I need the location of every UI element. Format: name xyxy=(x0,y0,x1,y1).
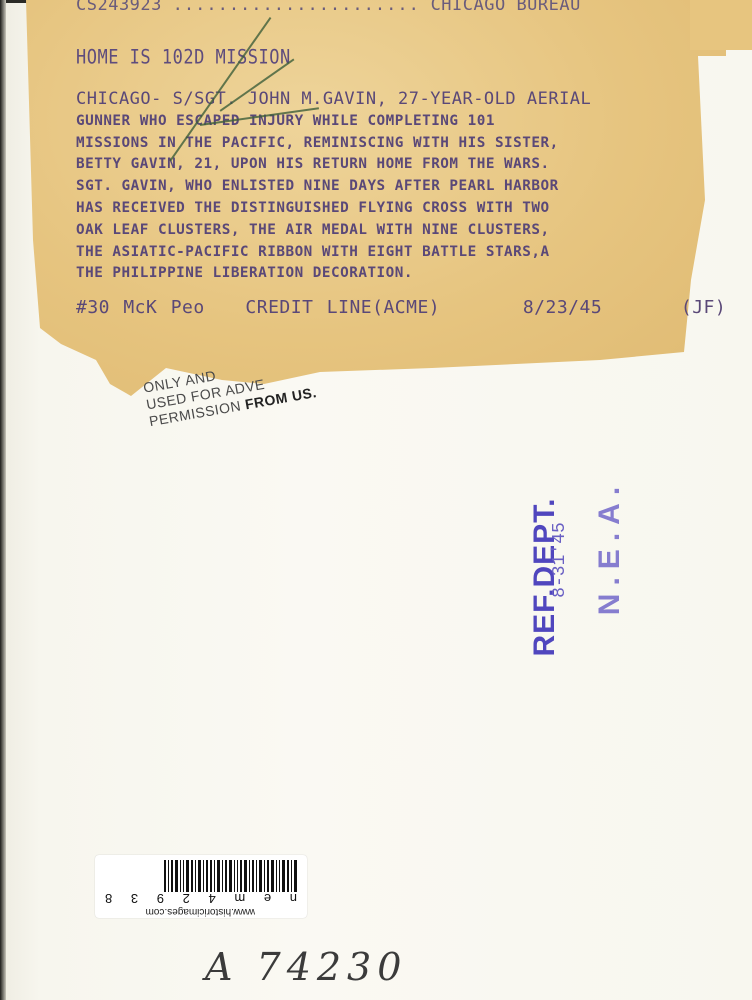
body-line: HAS RECEIVED THE DISTINGUISHED FLYING CR… xyxy=(76,198,591,220)
barcode-icon xyxy=(107,860,297,892)
nea-stamp: N.E.A. xyxy=(593,467,627,627)
barcode-chars: n e m 4 2 9 3 8 xyxy=(105,891,297,906)
barcode-char: e xyxy=(264,891,271,906)
credit-line: CREDIT LINE(ACME) xyxy=(245,297,440,318)
barcode-char: 3 xyxy=(131,891,138,906)
body-line: THE PHILIPPINE LIBERATION DECORATION. xyxy=(76,263,591,285)
barcode-char: 4 xyxy=(209,891,216,906)
caption-slip-corner xyxy=(690,0,752,50)
barcode-label: www.historicimages.com n e m 4 2 9 3 8 xyxy=(95,855,307,918)
barcode-char: n xyxy=(290,891,297,906)
barcode-char: 8 xyxy=(105,891,112,906)
barcode-char: 2 xyxy=(183,891,190,906)
credit-number: #30 McK Peo xyxy=(76,297,205,318)
barcode-char: 9 xyxy=(157,891,164,906)
slip-header-dots: ...................... xyxy=(173,0,420,15)
body-line: MISSIONS IN THE PACIFIC, REMINISCING WIT… xyxy=(76,133,591,155)
slip-bureau: CHICAGO BUREAU xyxy=(431,0,581,15)
slip-header: CS243923 ...................... CHICAGO … xyxy=(76,0,581,15)
credit-initials: (JF) xyxy=(681,297,726,318)
ref-stamp-date: 8-31'45 xyxy=(550,490,570,630)
body-line: BETTY GAVIN, 21, UPON HIS RETURN HOME FR… xyxy=(76,154,591,176)
handwritten-archive-number: A 74230 xyxy=(205,945,407,989)
slip-body: CHICAGO- S/SGT. JOHN M.GAVIN, 27-YEAR-OL… xyxy=(76,89,591,285)
barcode-url: www.historicimages.com xyxy=(146,906,255,917)
barcode-char: m xyxy=(234,891,245,906)
body-line: CHICAGO- S/SGT. JOHN M.GAVIN, 27-YEAR-OL… xyxy=(76,89,591,111)
credit-date: 8/23/45 xyxy=(523,297,602,318)
slip-headline: HOME IS 102D MISSION xyxy=(76,46,291,69)
body-line: THE ASIATIC-PACIFIC RIBBON WITH EIGHT BA… xyxy=(76,242,591,264)
slip-id: CS243923 xyxy=(76,0,162,15)
body-line: OAK LEAF CLUSTERS, THE AIR MEDAL WITH NI… xyxy=(76,220,591,242)
body-line: GUNNER WHO ESCAPED INJURY WHILE COMPLETI… xyxy=(76,111,591,133)
scan-left-edge xyxy=(0,0,6,1000)
body-line: SGT. GAVIN, WHO ENLISTED NINE DAYS AFTER… xyxy=(76,176,591,198)
slip-credit: #30 McK Peo CREDIT LINE(ACME) 8/23/45 (J… xyxy=(76,297,726,318)
